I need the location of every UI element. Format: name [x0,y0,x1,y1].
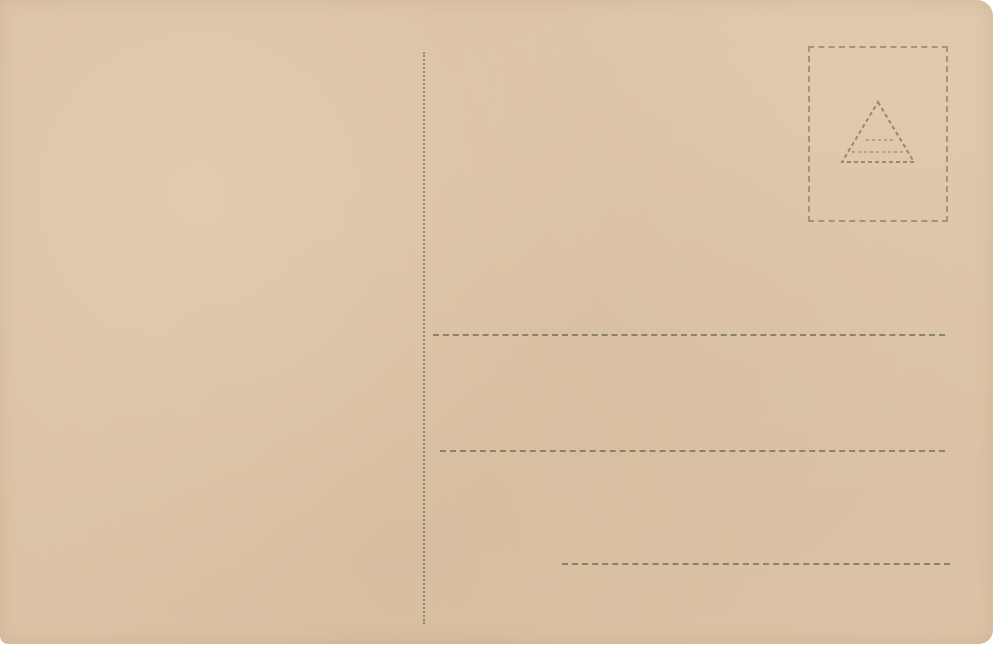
postcard-back [0,0,993,644]
address-line-2 [440,450,945,452]
address-line-3 [562,563,950,565]
message-address-divider [423,52,425,624]
address-line-1 [433,334,945,336]
triangle-icon [840,100,916,164]
